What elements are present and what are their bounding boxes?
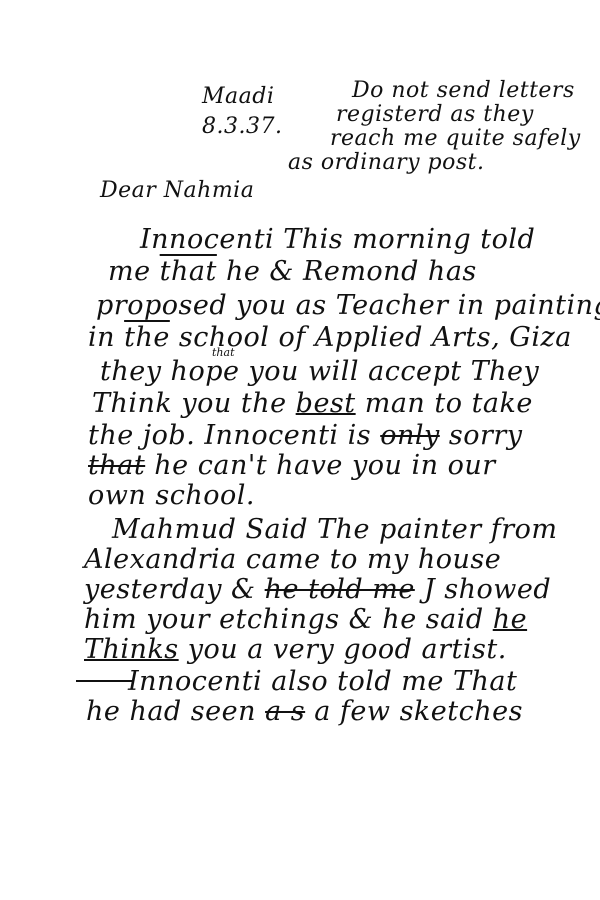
body-line-text: J showed: [415, 574, 551, 605]
body-line-text: own school.: [88, 480, 255, 511]
body-line-text: man to take: [356, 388, 533, 419]
body-line-text: in: [88, 322, 124, 353]
body-line-text: you the: [172, 388, 295, 419]
body-line-text: him your etchings & he said: [84, 604, 493, 635]
body-line-text: Innocenti also told me That: [128, 666, 517, 697]
body-line-1: Innocenti This morning told: [140, 226, 535, 253]
body-line-8: that he can't have you in our: [88, 452, 496, 479]
postscript-line-1: Do not send letters: [352, 80, 575, 102]
body-line-16: he had seen a s a few sketches: [86, 698, 523, 725]
body-line-5: they hope you will accept They: [100, 358, 539, 385]
struck-words: he told me: [265, 574, 415, 605]
body-line-text: Mahmud Said The painter from: [112, 514, 558, 545]
overlined-word: the: [124, 322, 170, 353]
postscript-line-3: reach me quite safely: [330, 128, 581, 150]
body-line-text: a few sketches: [305, 696, 523, 727]
body-line-15: Innocenti also told me That: [128, 668, 517, 695]
section-divider-stroke: [76, 680, 134, 682]
struck-word: a s: [265, 696, 305, 727]
body-line-text: Alexandria came to my house: [84, 544, 501, 575]
body-line-7: the job. Innocenti is only sorry: [88, 422, 523, 449]
body-line-12: yesterday & he told me J showed: [84, 576, 551, 603]
overlined-word: that: [160, 256, 217, 287]
postscript-line-4: as ordinary post.: [288, 152, 484, 174]
body-line-text: he & Remond has: [217, 256, 477, 287]
letter-page: Maadi 8.3.37. Do not send letters regist…: [0, 0, 600, 900]
body-line-text: sorry: [440, 420, 523, 451]
body-line-text: you will accept They: [249, 356, 540, 387]
underlined-word: Thinks: [84, 634, 179, 665]
body-line-text: Innocenti This morning told: [140, 224, 535, 255]
letter-date: 8.3.37.: [202, 116, 282, 138]
underlined-word: best: [296, 388, 356, 419]
body-line-6: Think you the best man to take: [92, 390, 533, 417]
body-line-text: Think: [92, 388, 172, 419]
body-line-4: in the school of Applied Arts, Giza: [88, 324, 572, 351]
body-line-text: the job. Innocenti is: [88, 420, 380, 451]
postscript-line-2: registerd as they: [336, 104, 534, 126]
body-line-2: me that he & Remond has: [108, 258, 477, 285]
body-line-10: Mahmud Said The painter from: [112, 516, 558, 543]
body-line-text: yesterday &: [84, 574, 265, 605]
body-line-text: you a very good artist.: [179, 634, 507, 665]
body-line-13: him your etchings & he said he: [84, 606, 527, 633]
body-line-text: he had seen: [86, 696, 265, 727]
body-line-9: own school.: [88, 482, 255, 509]
body-line-text: proposed you as Teacher in painting: [96, 290, 600, 321]
struck-word: that: [88, 450, 145, 481]
salutation: Dear Nahmia: [100, 180, 254, 202]
letter-place: Maadi: [202, 86, 274, 108]
body-line-14: Thinks you a very good artist.: [84, 636, 507, 663]
underlined-word: he: [493, 604, 527, 635]
body-line-text: me: [108, 256, 160, 287]
struck-word: only: [380, 420, 440, 451]
body-line-text: they hope: [100, 356, 249, 387]
body-line-11: Alexandria came to my house: [84, 546, 501, 573]
body-line-text: he can't have you in our: [145, 450, 495, 481]
body-line-3: proposed you as Teacher in painting: [96, 292, 600, 319]
